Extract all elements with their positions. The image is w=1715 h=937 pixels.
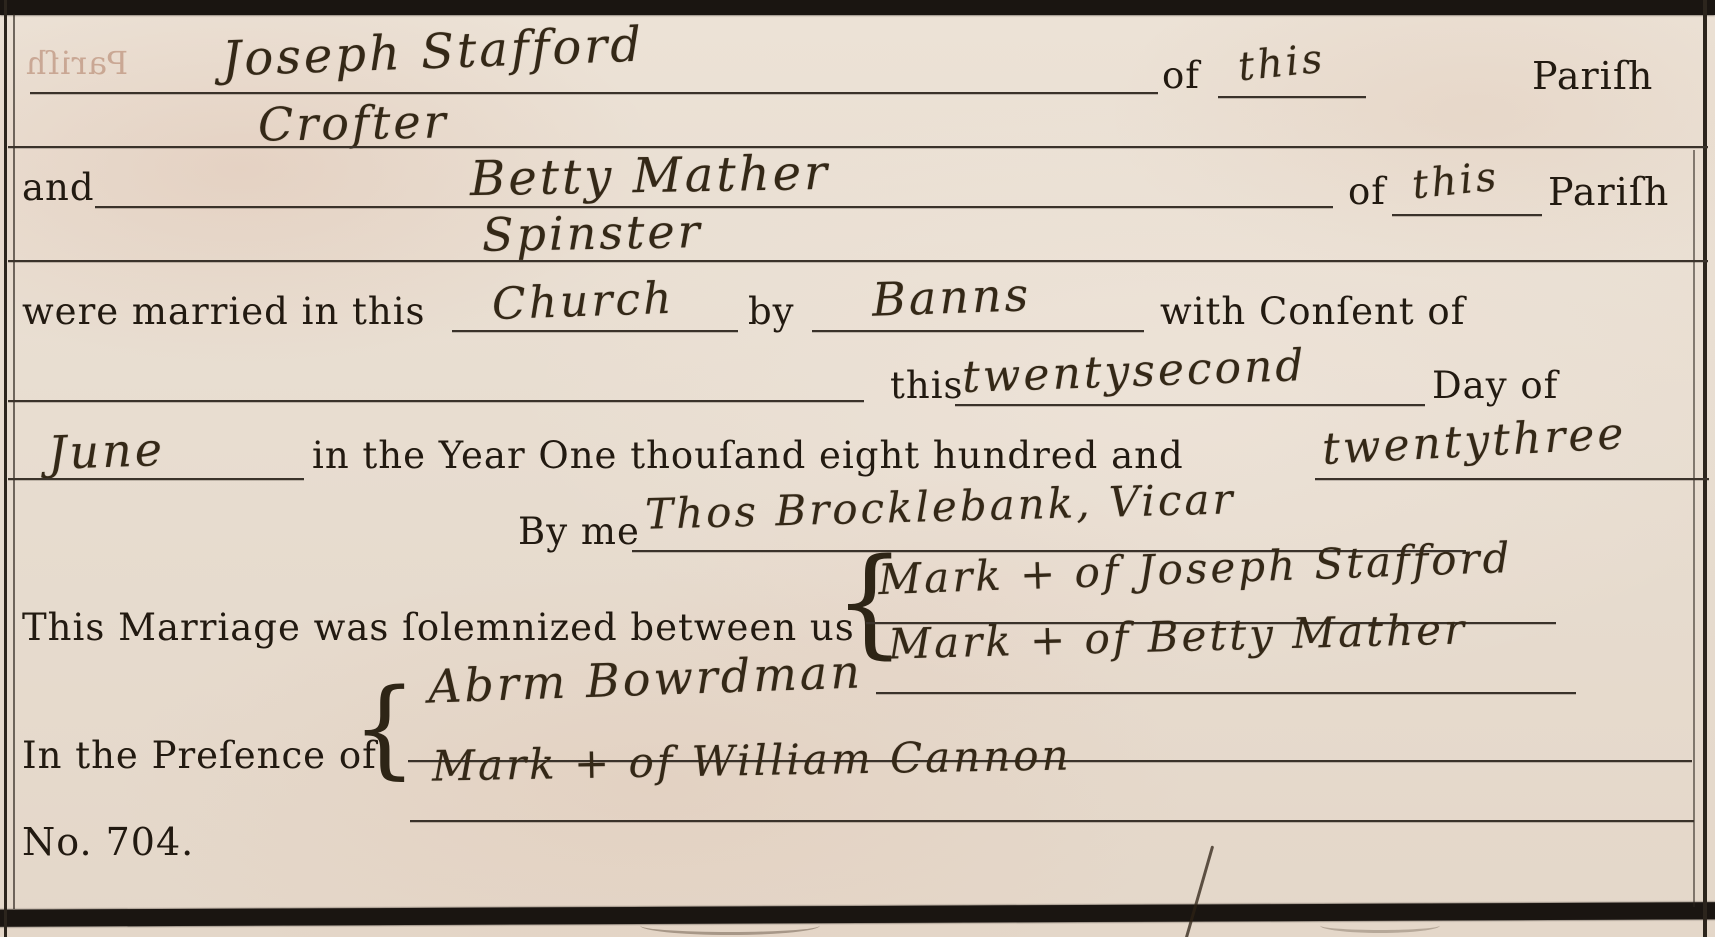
year-printed-label: in the Year One thouſand eight hundred a…	[312, 434, 1184, 477]
top-border-bar	[0, 0, 1715, 15]
bride-mark-line	[876, 692, 1576, 694]
day-handwritten: twentysecond	[961, 340, 1307, 403]
right-border-outer	[1703, 0, 1707, 937]
witnesses-brace: {	[352, 675, 417, 782]
bottom-border-bar	[0, 902, 1715, 927]
occupation-line	[8, 146, 1708, 148]
officiant-signature-handwritten: Thos Brocklebank, Vicar	[644, 474, 1236, 538]
bride-condition-handwritten: Spinster	[482, 204, 704, 262]
groom-residence-line	[1218, 96, 1366, 98]
consent-label-printed: with Conſent of	[1160, 290, 1465, 333]
ink-flourish-stroke	[1185, 845, 1214, 937]
entry-number: No. 704.	[22, 820, 194, 864]
groom-residence-handwritten: this	[1236, 36, 1327, 91]
groom-name-handwritten: Joseph Stafford	[221, 17, 645, 88]
bleed-through-parish-text: Pariſh	[25, 44, 128, 82]
of-label-groom: of	[1162, 54, 1200, 97]
of-label-bride: of	[1348, 170, 1386, 213]
witness-two-line	[410, 820, 1694, 822]
day-of-label-printed: Day of	[1432, 364, 1558, 407]
day-line	[955, 404, 1425, 406]
place-line	[452, 330, 738, 332]
year-line	[1315, 478, 1709, 480]
month-line	[8, 478, 304, 480]
left-border-inner	[13, 14, 15, 909]
bride-mark-handwritten: Mark + of Betty Mather	[887, 604, 1467, 668]
bride-name-handwritten: Betty Mather	[470, 145, 831, 207]
groom-name-line	[30, 92, 1158, 94]
bride-residence-line	[1392, 214, 1542, 216]
by-label: by	[748, 290, 795, 333]
bride-name-line	[95, 206, 1333, 208]
condition-line	[8, 260, 1708, 262]
solemnized-printed: This Marriage was ſolemnized between us	[22, 606, 855, 649]
year-handwritten: twentythree	[1321, 408, 1628, 475]
presence-printed: In the Preſence of	[22, 734, 377, 777]
witness-two-signature-handwritten: Mark + of William Cannon	[432, 730, 1072, 790]
this-label-printed: this	[890, 364, 964, 407]
married-prefix-printed: were married in this	[22, 290, 426, 333]
bride-residence-handwritten: this	[1410, 154, 1501, 209]
bleed-through-scribble	[1320, 918, 1440, 933]
marriage-place-handwritten: Church	[491, 273, 675, 330]
witness-one-signature-handwritten: Abrm Bowrdman	[427, 644, 863, 713]
by-me-label-printed: By me	[518, 510, 640, 553]
method-line	[812, 330, 1144, 332]
parish-label-groom: Pariſh	[1532, 54, 1653, 98]
right-border-inner	[1693, 150, 1695, 907]
groom-mark-handwritten: Mark + of Joseph Stafford	[877, 533, 1513, 604]
consent-party-line	[8, 400, 864, 402]
and-label: and	[22, 166, 95, 209]
marriage-register-scan: Pariſh Joseph Stafford of this Pariſh Cr…	[0, 0, 1715, 937]
groom-occupation-handwritten: Crofter	[258, 94, 450, 151]
marriage-method-handwritten: Banns	[871, 267, 1032, 327]
left-border-outer	[4, 0, 7, 937]
month-handwritten: June	[47, 422, 166, 480]
parish-label-bride: Pariſh	[1548, 170, 1669, 214]
bleed-through-scribble	[640, 916, 820, 935]
